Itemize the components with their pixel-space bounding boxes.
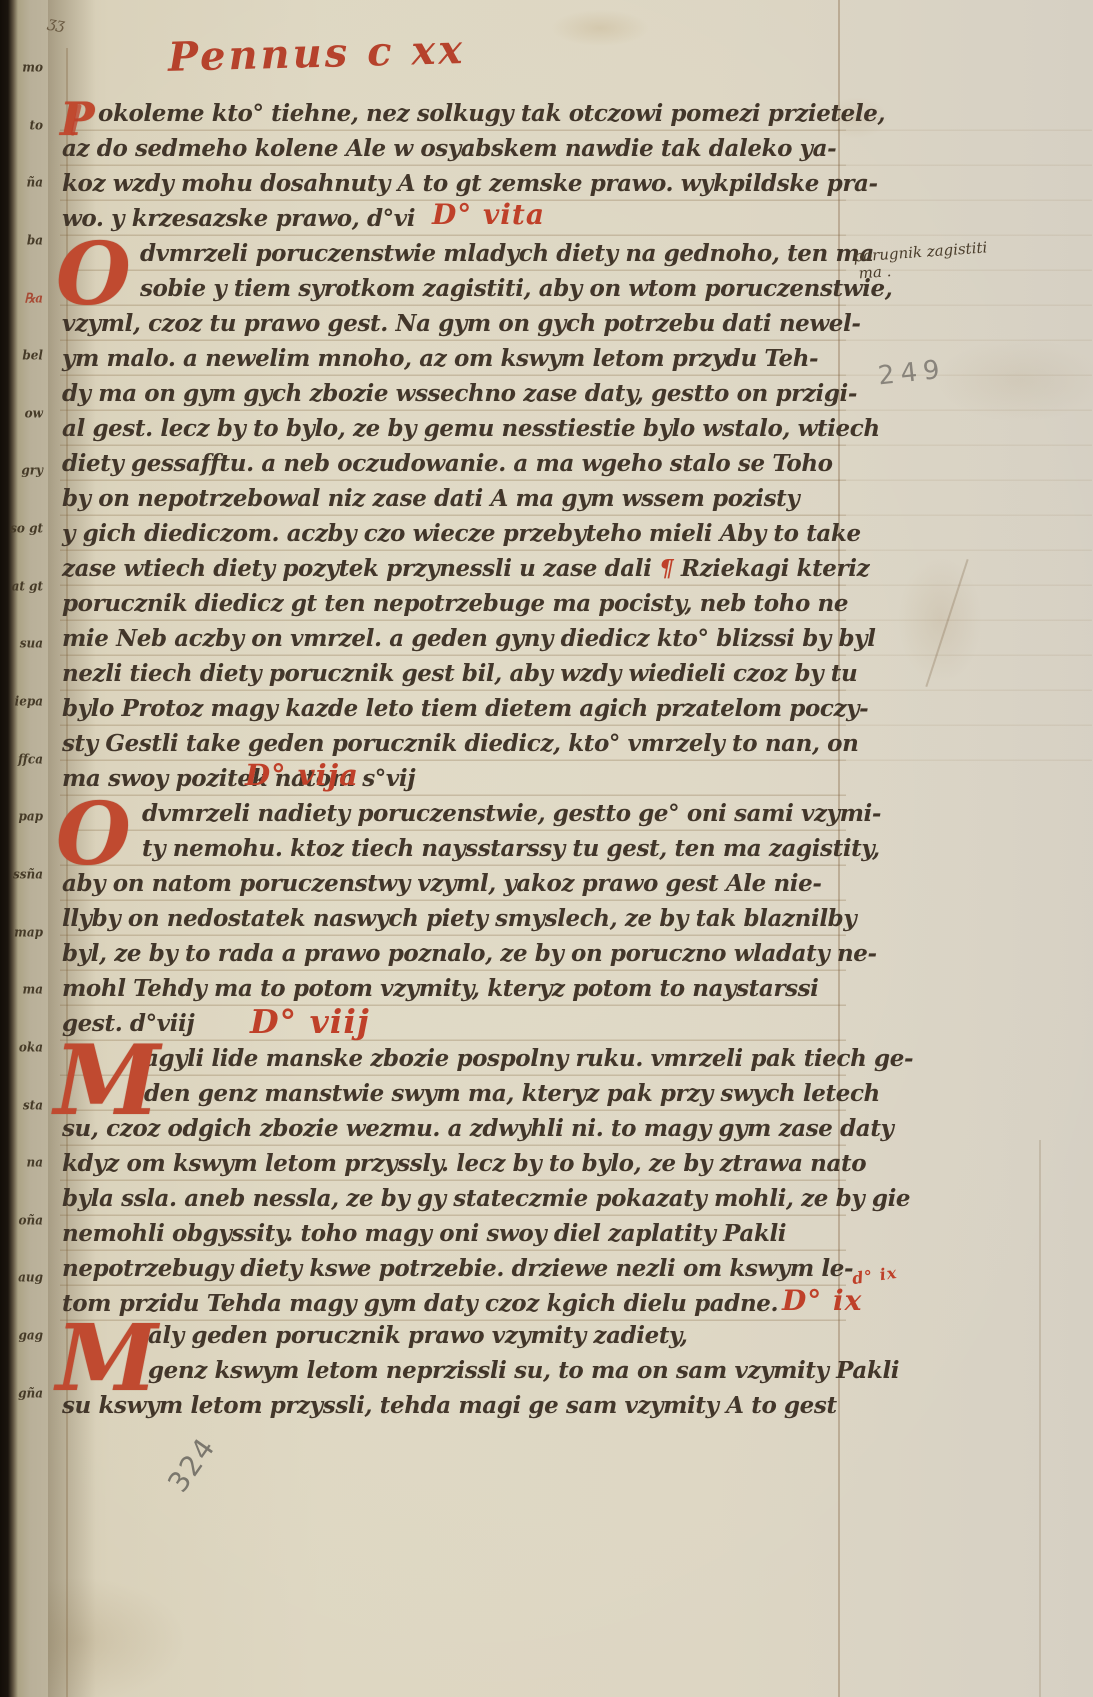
text-line: bylo Protoz magy kazde leto tiem dietem …: [62, 695, 846, 730]
text-line: dy ma on gym gych zbozie wssechno zase d…: [62, 380, 846, 415]
text-line: nezli tiech diety porucznik gest bil, ab…: [62, 660, 846, 695]
edge-text-fragment: iepa: [15, 693, 43, 708]
edge-text-fragment: map: [14, 924, 43, 939]
edge-text-fragment: to: [29, 117, 43, 132]
edge-text-fragment: ow: [25, 405, 43, 420]
edge-text-fragment: sta: [23, 1097, 43, 1112]
text-line: den genz manstwie swym ma, kteryz pak pr…: [144, 1080, 846, 1115]
drop-cap-m: M: [54, 1033, 160, 1129]
ink-squiggle: ʒʒ: [47, 15, 66, 32]
drop-cap-o: O: [56, 232, 131, 318]
edge-text-fragment: ma: [23, 982, 43, 997]
paragraph-4: M agyli lide manske zbozie pospolny ruku…: [62, 1045, 846, 1325]
edge-text-fragment: ℞a: [24, 290, 43, 305]
text-line: al gest. lecz by to bylo, ze by gemu nes…: [62, 415, 846, 450]
chapter-rubric-ix: D° ix: [782, 1284, 862, 1317]
edge-text-fragment: aug: [18, 1270, 43, 1285]
edge-text-fragment: gry: [21, 463, 43, 478]
edge-text-fragment: oña: [18, 1212, 43, 1227]
pilcrow-mark: ¶: [659, 555, 673, 582]
text-line: su, czoz odgich zbozie wezmu. a zdwyhli …: [62, 1115, 846, 1150]
text-line: mie Neb aczby on vmrzel. a geden gyny di…: [62, 625, 846, 660]
ruling-lines-margin: [846, 96, 1092, 766]
text-line: tom przidu Tehda magy gym daty czoz kgic…: [62, 1290, 846, 1325]
text-line: su kswym letom przyssli, tehda magi ge s…: [62, 1392, 846, 1427]
paragraph-2: O dvmrzeli poruczenstwie mladych diety n…: [62, 240, 846, 800]
paragraph-2-lines: dvmrzeli poruczenstwie mladych diety na …: [62, 240, 846, 800]
edge-text-fragment: gag: [18, 1327, 43, 1342]
text-line: kdyz om kswym letom przyssly. lecz by to…: [62, 1150, 846, 1185]
edge-text-fragment: ffca: [18, 751, 43, 766]
text-line: ty nemohu. ktoz tiech naysstarssy tu ges…: [142, 835, 846, 870]
text-line: az do sedmeho kolene Ale w osyabskem naw…: [62, 135, 846, 170]
text-line: y gich diediczom. aczby czo wiecze przeb…: [62, 520, 846, 555]
paragraph-4-lines: agyli lide manske zbozie pospolny ruku. …: [62, 1045, 846, 1325]
text-line: byla ssla. aneb nessla, ze by gy statecz…: [62, 1185, 846, 1220]
edge-text-fragment: oka: [19, 1039, 43, 1054]
edge-text-fragment: gña: [18, 1385, 43, 1400]
text-line: ma swoy pozitek natom s°vij: [62, 765, 846, 800]
left-edge-text-fragments: motoñaba℞abelowgryso gtat gtsuaiepaffcap…: [12, 60, 46, 1400]
text-line: aly geden porucznik prawo vzymity zadiet…: [148, 1322, 846, 1357]
chapter-rubric-viij: D° viij: [250, 1002, 370, 1041]
chapter-rubric-vija: D° vija: [245, 758, 359, 792]
text-line: byl, ze by to rada a prawo poznalo, ze b…: [62, 940, 846, 975]
edge-text-fragment: at gt: [12, 578, 43, 593]
edge-text-fragment: ssña: [13, 866, 43, 881]
text-line: ym malo. a newelim mnoho, az om kswym le…: [62, 345, 846, 380]
text-line: by on nepotrzebowal niz zase dati A ma g…: [62, 485, 846, 520]
text-line: porucznik diedicz gt ten nepotrzebuge ma…: [62, 590, 846, 625]
paragraph-5: M aly geden porucznik prawo vzymity zadi…: [62, 1322, 846, 1427]
edge-text-fragment: bel: [22, 348, 43, 363]
text-line: zase wtiech diety pozytek przynessli u z…: [62, 555, 846, 590]
edge-text-fragment: so gt: [10, 520, 43, 535]
paragraph-3-lines: dvmrzeli nadiety poruczenstwie, gestto g…: [62, 800, 846, 1045]
text-line: aby on natom poruczenstwy vzyml, yakoz p…: [62, 870, 846, 905]
text-line: nepotrzebugy diety kswe potrzebie. drzie…: [62, 1255, 846, 1290]
edge-text-fragment: ba: [27, 232, 43, 247]
text-line: diety gessafftu. a neb oczudowanie. a ma…: [62, 450, 846, 485]
text-line: sobie y tiem syrotkom zagistiti, aby on …: [140, 275, 846, 310]
text-line: nemohli obgyssity. toho magy oni swoy di…: [62, 1220, 846, 1255]
text-line: sty Gestli take geden porucznik diedicz,…: [62, 730, 846, 765]
drop-cap-m: M: [56, 1312, 158, 1404]
text-line: gest. d°viij: [62, 1010, 846, 1045]
page-heading-rubric: Pennus c xx: [167, 26, 465, 81]
chapter-rubric-vita: D° vita: [432, 198, 545, 231]
edge-text-fragment: ña: [27, 175, 44, 190]
text-line: dvmrzeli nadiety poruczenstwie, gestto g…: [142, 800, 846, 835]
edge-text-fragment: pap: [18, 809, 43, 824]
manuscript-scan: motoñaba℞abelowgryso gtat gtsuaiepaffcap…: [0, 0, 1093, 1697]
text-line: vzyml, czoz tu prawo gest. Na gym on gyc…: [62, 310, 846, 345]
text-line: llyby on nedostatek naswych piety smysle…: [62, 905, 846, 940]
fold-line-right: [1039, 1140, 1041, 1697]
text-line: genz kswym letom neprzissli su, to ma on…: [148, 1357, 846, 1392]
edge-text-fragment: na: [27, 1154, 44, 1169]
text-line: agyli lide manske zbozie pospolny ruku. …: [144, 1045, 846, 1080]
text-line: okoleme kto° tiehne, nez solkugy tak otc…: [98, 100, 846, 135]
text-line: dvmrzeli poruczenstwie mladych diety na …: [140, 240, 846, 275]
paragraph-3: O dvmrzeli nadiety poruczenstwie, gestto…: [62, 800, 846, 1045]
edge-text-fragment: mo: [22, 59, 43, 74]
edge-text-fragment: sua: [20, 636, 43, 651]
paragraph-5-lines: aly geden porucznik prawo vzymity zadiet…: [62, 1322, 846, 1427]
drop-cap-o: O: [56, 792, 131, 878]
text-line: mohl Tehdy ma to potom vzymity, kteryz p…: [62, 975, 846, 1010]
